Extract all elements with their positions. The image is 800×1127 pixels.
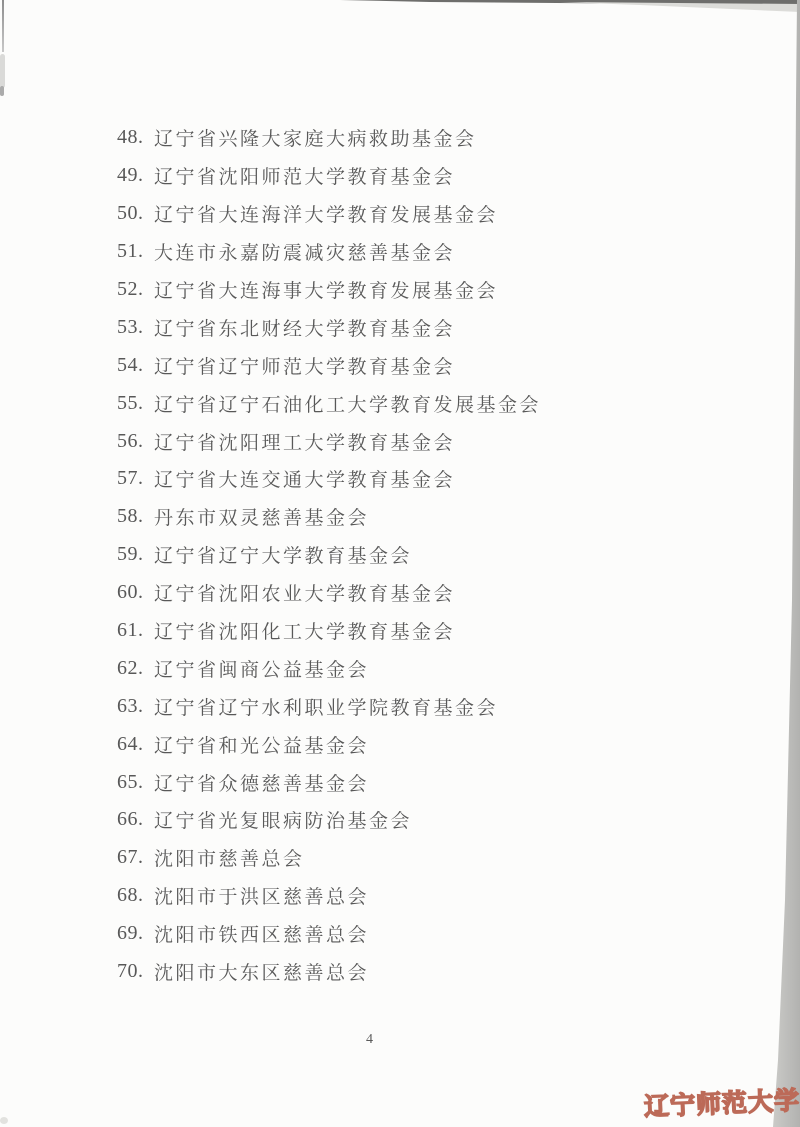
list-item: 55.辽宁省辽宁石油化工大学教育发展基金会	[117, 384, 541, 422]
list-item-number: 53.	[117, 316, 154, 339]
list-item: 69.沈阳市铁西区慈善总会	[117, 915, 541, 953]
foundation-list: 48.辽宁省兴隆大家庭大病救助基金会49.辽宁省沈阳师范大学教育基金会50.辽宁…	[117, 119, 541, 990]
list-item-label: 辽宁省众德慈善基金会	[154, 769, 369, 796]
list-item-number: 55.	[117, 392, 154, 415]
list-item-number: 62.	[117, 657, 154, 680]
list-item-number: 54.	[117, 354, 154, 377]
list-item: 60.辽宁省沈阳农业大学教育基金会	[117, 574, 541, 612]
scan-dot-bottom-left	[0, 1117, 8, 1124]
scan-edge-right	[770, 0, 800, 1127]
list-item-number: 59.	[117, 543, 154, 566]
list-item-label: 辽宁省东北财经大学教育基金会	[154, 314, 455, 341]
scan-blot-left	[0, 86, 4, 96]
list-item-label: 辽宁省沈阳农业大学教育基金会	[154, 579, 455, 606]
list-item: 52.辽宁省大连海事大学教育发展基金会	[117, 271, 541, 309]
list-item-label: 大连市永嘉防震减灾慈善基金会	[154, 238, 455, 265]
list-item-label: 辽宁省大连海洋大学教育发展基金会	[154, 200, 498, 227]
list-item-number: 52.	[117, 278, 154, 301]
list-item-number: 64.	[117, 733, 154, 756]
list-item-number: 66.	[117, 808, 154, 831]
list-item-number: 70.	[117, 960, 154, 983]
list-item-label: 沈阳市于洪区慈善总会	[154, 882, 369, 909]
list-item: 50.辽宁省大连海洋大学教育发展基金会	[117, 195, 541, 233]
list-item-label: 丹东市双灵慈善基金会	[154, 503, 369, 530]
list-item-label: 辽宁省沈阳师范大学教育基金会	[154, 162, 455, 189]
list-item-number: 69.	[117, 922, 154, 945]
list-item: 56.辽宁省沈阳理工大学教育基金会	[117, 422, 541, 460]
list-item-label: 辽宁省辽宁大学教育基金会	[154, 541, 412, 568]
list-item-label: 沈阳市慈善总会	[154, 844, 305, 871]
list-item-number: 50.	[117, 202, 154, 225]
list-item: 54.辽宁省辽宁师范大学教育基金会	[117, 346, 541, 384]
scan-smudge-left	[0, 54, 5, 88]
scan-line-left	[2, 0, 4, 52]
list-item-number: 56.	[117, 430, 154, 453]
list-item-label: 辽宁省和光公益基金会	[154, 731, 369, 758]
list-item-label: 辽宁省沈阳化工大学教育基金会	[154, 617, 455, 644]
list-item: 51.大连市永嘉防震减灾慈善基金会	[117, 233, 541, 271]
list-item: 61.辽宁省沈阳化工大学教育基金会	[117, 612, 541, 650]
list-item-label: 辽宁省辽宁水利职业学院教育基金会	[154, 693, 498, 720]
list-item-number: 67.	[117, 846, 154, 869]
list-item: 53.辽宁省东北财经大学教育基金会	[117, 308, 541, 346]
list-item-number: 61.	[117, 619, 154, 642]
list-item-label: 辽宁省大连交通大学教育基金会	[154, 465, 455, 492]
list-item: 49.辽宁省沈阳师范大学教育基金会	[117, 157, 541, 195]
university-watermark: 辽宁师范大学	[643, 1081, 800, 1124]
list-item: 64.辽宁省和光公益基金会	[117, 725, 541, 763]
list-item: 58.丹东市双灵慈善基金会	[117, 498, 541, 536]
list-item-label: 辽宁省辽宁师范大学教育基金会	[154, 352, 455, 379]
list-item: 59.辽宁省辽宁大学教育基金会	[117, 536, 541, 574]
list-item: 57.辽宁省大连交通大学教育基金会	[117, 460, 541, 498]
list-item: 65.辽宁省众德慈善基金会	[117, 763, 541, 801]
list-item: 70.沈阳市大东区慈善总会	[117, 953, 541, 991]
list-item-number: 58.	[117, 505, 154, 528]
list-item-number: 51.	[117, 240, 154, 263]
list-item: 63.辽宁省辽宁水利职业学院教育基金会	[117, 687, 541, 725]
list-item: 67.沈阳市慈善总会	[117, 839, 541, 877]
list-item-number: 65.	[117, 771, 154, 794]
list-item-number: 49.	[117, 164, 154, 187]
list-item: 62.辽宁省闽商公益基金会	[117, 649, 541, 687]
list-item-label: 沈阳市铁西区慈善总会	[154, 920, 369, 947]
list-item-label: 辽宁省兴隆大家庭大病救助基金会	[154, 124, 477, 151]
document-page: 48.辽宁省兴隆大家庭大病救助基金会49.辽宁省沈阳师范大学教育基金会50.辽宁…	[0, 0, 800, 1127]
list-item-label: 辽宁省辽宁石油化工大学教育发展基金会	[154, 390, 541, 417]
list-item: 68.沈阳市于洪区慈善总会	[117, 877, 541, 915]
list-item-number: 57.	[117, 467, 154, 490]
list-item-label: 辽宁省大连海事大学教育发展基金会	[154, 276, 498, 303]
list-item-label: 辽宁省沈阳理工大学教育基金会	[154, 428, 455, 455]
list-item-label: 辽宁省光复眼病防治基金会	[154, 806, 412, 833]
list-item: 48.辽宁省兴隆大家庭大病救助基金会	[117, 119, 541, 157]
list-item: 66.辽宁省光复眼病防治基金会	[117, 801, 541, 839]
list-item-number: 68.	[117, 884, 154, 907]
list-item-number: 63.	[117, 695, 154, 718]
list-item-label: 辽宁省闽商公益基金会	[154, 655, 369, 682]
list-item-number: 48.	[117, 126, 154, 149]
page-number: 4	[366, 1032, 373, 1048]
list-item-number: 60.	[117, 581, 154, 604]
list-item-label: 沈阳市大东区慈善总会	[154, 958, 369, 985]
